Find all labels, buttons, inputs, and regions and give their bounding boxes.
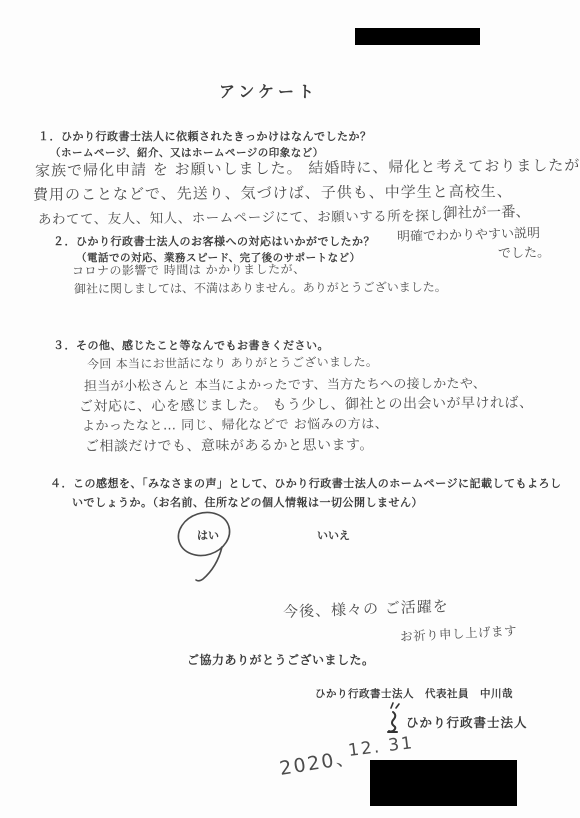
answer-3-line-5: ご相談だけでも、意味があるかと思います。 <box>85 434 374 456</box>
question-4-label-line-2: いでしょうか。（お名前、住所などの個人情報は一切公開しません） <box>72 494 423 510</box>
redaction-box-bottom <box>370 760 517 806</box>
redaction-box-top <box>355 28 480 45</box>
answer-1-line-2: 費用のことなどで、先送り、気づけば、子供も、中学生と高校生、 <box>33 180 513 204</box>
question-3-label: ３．その他、感じたこと等なんでもお書きください。 <box>53 337 329 353</box>
company-logo-icon <box>383 702 403 734</box>
answer-1-side-note-3: でした。 <box>498 241 550 261</box>
answer-2-line-1: コロナの影響で 時間は かかりましたが、 <box>72 260 306 279</box>
scanned-survey-page: アンケート １．ひかり行政書士法人に依頼されたきっかけはなんでしたか？ （ホーム… <box>0 0 580 818</box>
company-logo-text: ひかり行政書士法人 <box>406 713 528 731</box>
handwritten-date-month-day: 12. 31 <box>347 733 415 761</box>
question-2-label: ２．ひかり行政書士法人のお客様への対応はいかがでしたか？ <box>53 233 375 249</box>
yes-circle-mark <box>170 503 246 587</box>
page-title: アンケート <box>219 79 318 102</box>
closing-handwritten-line-2: お祈り申し上げます <box>400 621 518 645</box>
closing-printed-thanks: ご協力ありがとうございました。 <box>187 651 375 668</box>
answer-1-line-3: あわてて、友人、知人、ホームページにて、お願いする所を探し、 <box>38 204 457 228</box>
company-representative-line: ひかり行政書士法人 代表社員 中川哉 <box>315 686 513 701</box>
answer-1-side-note-1: 御社が一番、 <box>443 200 530 223</box>
answer-1-line-1: 家族で帰化申請 を お願いしました。 結婚時に、帰化と考えておりましたが <box>35 154 580 181</box>
answer-2-line-2: 御社に関しましては、不満はありません。ありがとうございました。 <box>74 278 447 297</box>
question-4-label-line-1: ４．この感想を、「みなさまの声」として、ひかり行政書士法人のホームページに記載し… <box>50 475 562 491</box>
answer-3-line-4: よかったなと… 同じ、帰化などで お悩みの方は、 <box>82 413 388 434</box>
answer-3-line-3: ご対応に、心を感じました。 もう少し、御社との出会いが早ければ、 <box>79 392 534 416</box>
closing-handwritten-line-1: 今後、様々の ご活躍を <box>283 595 449 622</box>
question-1-label: １．ひかり行政書士法人に依頼されたきっかけはなんでしたか？ <box>38 128 372 144</box>
answer-3-line-1: 今回 本当にお世話になり ありがとうございました。 <box>87 353 378 373</box>
option-no-label: いいえ <box>317 527 350 543</box>
handwritten-date-year: 2020、 <box>277 742 358 781</box>
answer-3-line-2: 担当が小松さんと 本当によかったです、当方たちへの接しかたや、 <box>84 373 486 395</box>
